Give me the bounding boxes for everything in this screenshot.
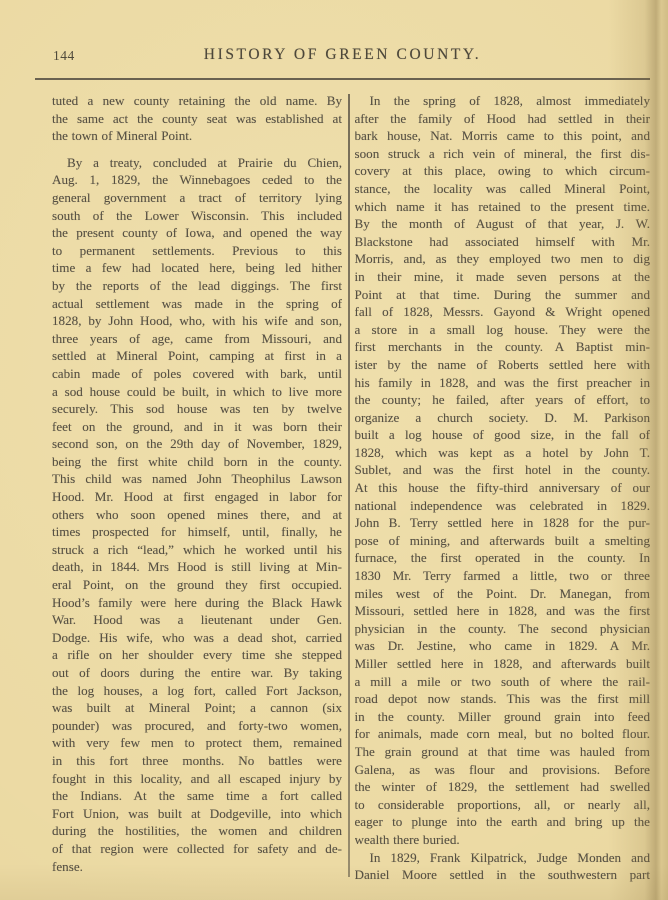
text-line: feet on the ground, and in it was born t… — [52, 418, 342, 436]
text-line: to permanent settlements. Previous to th… — [52, 242, 342, 260]
text-line: eral Point, on the ground they first occ… — [52, 576, 342, 594]
left-column: tuted a new county retaining the old nam… — [52, 92, 342, 884]
text-line: general government a tract of territory … — [52, 189, 342, 207]
text-line: pounder) was procured, and forty-two wom… — [52, 717, 342, 735]
text-line: national independence was celebrated in … — [355, 497, 651, 515]
text-line: Daniel Moore settled in the southwestern… — [355, 866, 651, 884]
text-line: furnace, the first operated in the count… — [355, 549, 651, 567]
text-line: This child was named John Theophilus Law… — [52, 470, 342, 488]
text-line: being the first white child born in the … — [52, 453, 342, 471]
text-line: cabin made of poles covered with bark, u… — [52, 365, 342, 383]
text-line: a rifle on her shoulder every time she s… — [52, 646, 342, 664]
text-columns: tuted a new county retaining the old nam… — [52, 92, 650, 884]
text-line: soon struck a rich vein of mineral, the … — [355, 145, 651, 163]
text-line: the log houses, a log fort, called Fort … — [52, 682, 342, 700]
text-line: the same act the county seat was establi… — [52, 110, 342, 128]
text-line: for animals, made corn meal, but no bolt… — [355, 725, 651, 743]
paragraph: In 1829, Frank Kilpatrick, Judge Monden … — [355, 849, 651, 884]
text-line: a store in a small log house. They were … — [355, 321, 651, 339]
text-line: Morris, and, as they employed two men to… — [355, 250, 651, 268]
text-line: his family in 1828, and was the first pr… — [355, 374, 651, 392]
text-line: actual settlement was made in the spring… — [52, 295, 342, 313]
text-line: Blackstone had associated himself with M… — [355, 233, 651, 251]
text-line: with very few men to protect them, remai… — [52, 734, 342, 752]
text-line: stance, the locality was called Mineral … — [355, 180, 651, 198]
text-line: a sod house could be built, in which to … — [52, 383, 342, 401]
text-line: War. Hood was a lieutenant under Gen. — [52, 611, 342, 629]
text-line: others who soon opened mines there, and … — [52, 506, 342, 524]
text-line: 1830 Mr. Terry farmed a little, two or t… — [355, 567, 651, 585]
text-line: struck a rich “lead,” which he worked un… — [52, 541, 342, 559]
text-line: out of doors during the entire war. By t… — [52, 664, 342, 682]
text-line: death, in 1844. Mrs Hood is still living… — [52, 558, 342, 576]
text-line: times prospected for himself, until, fin… — [52, 523, 342, 541]
paragraph: By a treaty, concluded at Prairie du Chi… — [52, 154, 342, 875]
text-line: fall of 1828, Messrs. Gayond & Wright op… — [355, 303, 651, 321]
text-line: physician in the county. The second phys… — [355, 620, 651, 638]
text-line: Sublet, and was the first hotel in the c… — [355, 461, 651, 479]
text-line: which name it has retained to the presen… — [355, 198, 651, 216]
text-line: covery at this place, owing to which cir… — [355, 162, 651, 180]
right-column: In the spring of 1828, almost immediatel… — [355, 92, 651, 884]
paragraph: In the spring of 1828, almost immediatel… — [355, 92, 651, 849]
text-line: By a treaty, concluded at Prairie du Chi… — [52, 154, 342, 172]
text-line: the town of Mineral Point. — [52, 127, 342, 145]
text-line: a mill a mile or two south of where the … — [355, 673, 651, 691]
text-line: during the hostilities, the women and ch… — [52, 822, 342, 840]
text-line: Hood. Mr. Hood at first engaged in labor… — [52, 488, 342, 506]
text-line: pose of mining, and afterwards built a s… — [355, 532, 651, 550]
text-line: securely. This sod house was ten by twel… — [52, 400, 342, 418]
text-line: The grain ground at that time was hauled… — [355, 743, 651, 761]
text-line: By the month of August of that year, J. … — [355, 215, 651, 233]
text-line: built a log house of good size, in the f… — [355, 426, 651, 444]
text-line: by the reports of the lead diggings. The… — [52, 277, 342, 295]
text-line: settled at Mineral Point, camping at fir… — [52, 347, 342, 365]
text-line: organize a church society. D. M. Parkiso… — [355, 409, 651, 427]
text-line: Galena, as was flour and provisions. Bef… — [355, 761, 651, 779]
text-line: time a few had located here, being led h… — [52, 259, 342, 277]
text-line: tuted a new county retaining the old nam… — [52, 92, 342, 110]
running-header-title: HISTORY OF GREEN COUNTY. — [35, 46, 650, 64]
text-line: At this house the fifty-third anniversar… — [355, 479, 651, 497]
text-line: 1828, by John Hood, who, with his wife a… — [52, 312, 342, 330]
text-line: to considerable proportions, all, or nea… — [355, 796, 651, 814]
text-line: of that region were collected for safety… — [52, 840, 342, 858]
text-line: the county; he failed, after years of ef… — [355, 391, 651, 409]
text-line: Point at that time. During the summer an… — [355, 286, 651, 304]
paragraph: tuted a new county retaining the old nam… — [52, 92, 342, 145]
text-line: Miller settled here in 1828, and afterwa… — [355, 655, 651, 673]
text-line: In the spring of 1828, almost immediatel… — [355, 92, 651, 110]
text-line: Missouri, settled here in 1828, and was … — [355, 602, 651, 620]
text-line: ister by the name of Roberts settled her… — [355, 356, 651, 374]
text-line: bark house, Nat. Morris came to this poi… — [355, 127, 651, 145]
column-divider-rule — [348, 94, 350, 877]
text-line: miles west of the Point. Dr. Manegan, fr… — [355, 585, 651, 603]
text-line: road depot now stands. This was the firs… — [355, 690, 651, 708]
text-line: Fort Union, was built at Dodgeville, int… — [52, 805, 342, 823]
text-line: the winter of 1829, the settlement had s… — [355, 778, 651, 796]
text-line: in their mine, it made seven persons at … — [355, 268, 651, 286]
text-line: was built at Mineral Point; a cannon (si… — [52, 699, 342, 717]
text-line: wealth there buried. — [355, 831, 651, 849]
text-line: south of the Lower Wisconsin. This inclu… — [52, 207, 342, 225]
text-line: John B. Terry settled here in 1828 for t… — [355, 514, 651, 532]
text-line: Hood’s family were here during the Black… — [52, 594, 342, 612]
text-line: Dodge. His wife, who was a dead shot, ca… — [52, 629, 342, 647]
text-line: in the county. Miller ground grain into … — [355, 708, 651, 726]
text-line: was Dr. Jestine, who came in 1829. A Mr. — [355, 637, 651, 655]
text-line: second son, on the 29th day of November,… — [52, 435, 342, 453]
text-line: Aug. 1, 1829, the Winnebagoes ceded to t… — [52, 171, 342, 189]
text-line: In 1829, Frank Kilpatrick, Judge Monden … — [355, 849, 651, 867]
text-line: the Indians. At the same time a fort cal… — [52, 787, 342, 805]
text-line: in this fort three months. No battles we… — [52, 752, 342, 770]
text-line: the present county of Iowa, and opened t… — [52, 224, 342, 242]
text-line: first merchants in the county. A Baptist… — [355, 338, 651, 356]
text-line: eager to plunge into the earth and bring… — [355, 813, 651, 831]
running-header: 144 HISTORY OF GREEN COUNTY. — [35, 44, 650, 80]
book-page: 144 HISTORY OF GREEN COUNTY. tuted a new… — [0, 0, 668, 900]
text-line: fought in this locality, and all escaped… — [52, 770, 342, 788]
text-line: three years of age, came from Missouri, … — [52, 330, 342, 348]
text-line: after the family of Hood had settled in … — [355, 110, 651, 128]
text-line: fense. — [52, 858, 342, 876]
text-line: 1828, which was kept as a hotel by John … — [355, 444, 651, 462]
